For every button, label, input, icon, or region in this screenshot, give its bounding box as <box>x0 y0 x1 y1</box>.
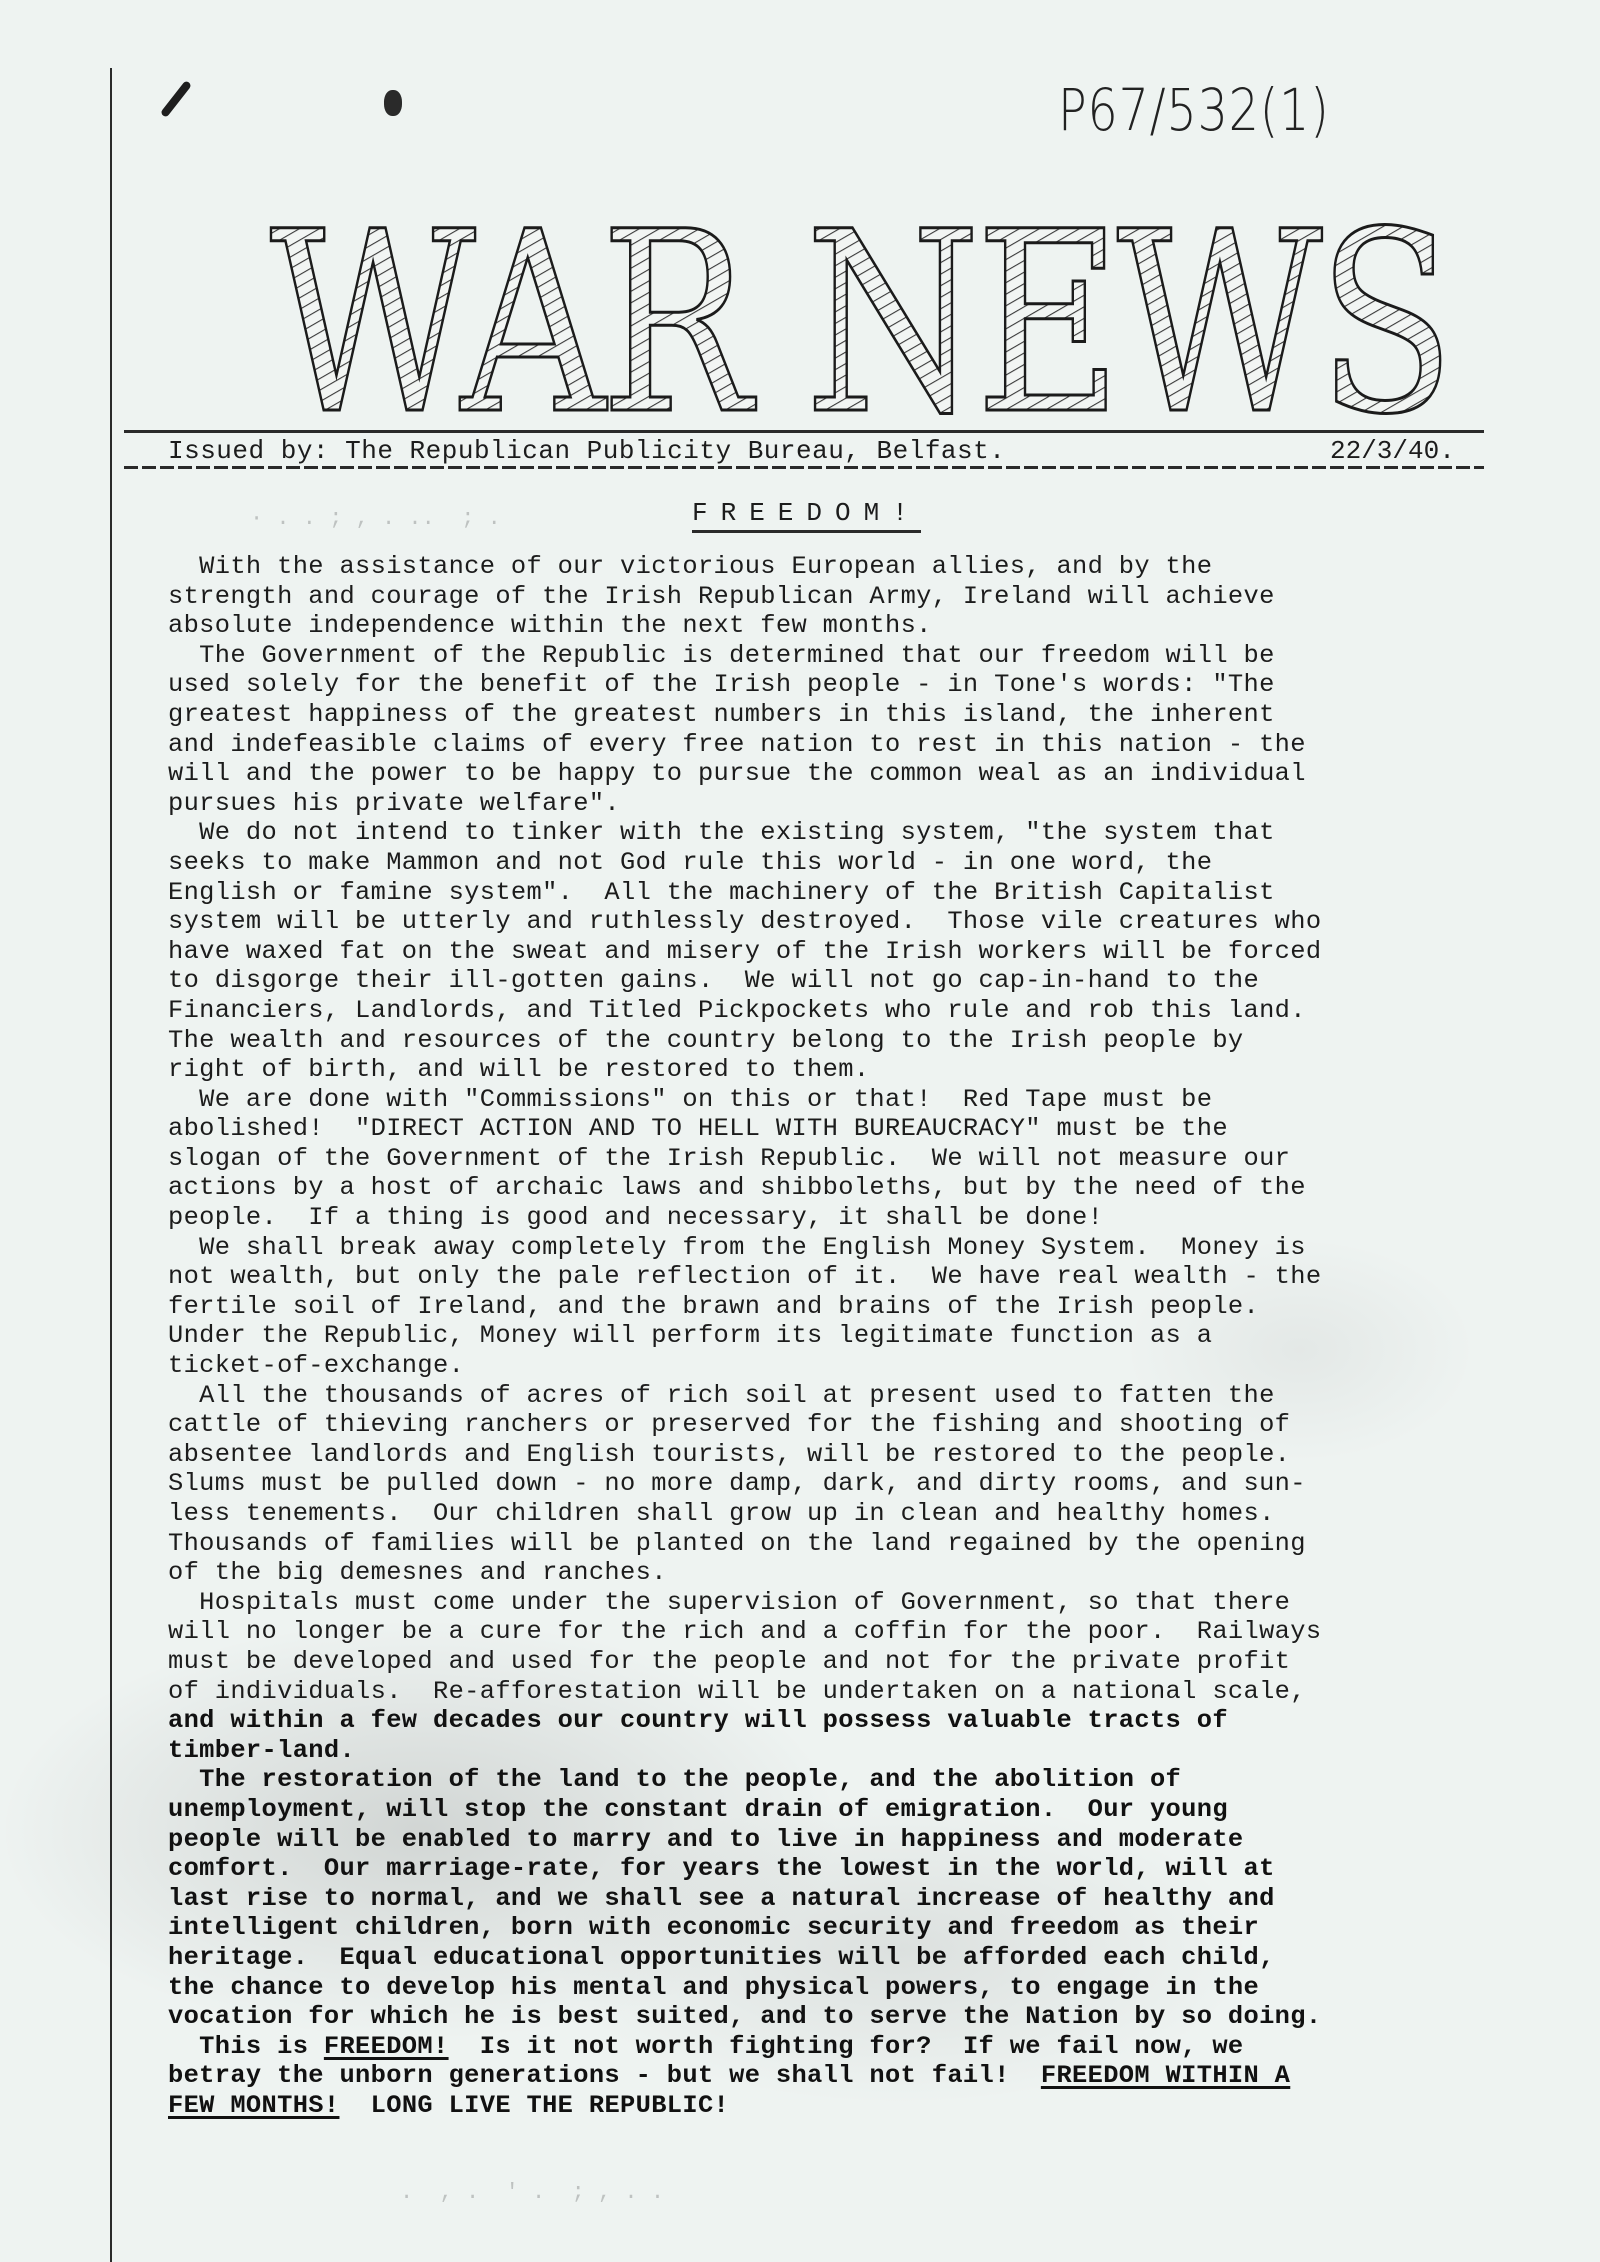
header-rule-top <box>124 430 1484 433</box>
archive-reference: P67/532(1) <box>1058 76 1330 144</box>
masthead-logo: WAR NEWS <box>260 170 1460 430</box>
paragraph-2-line: pursues his private welfare". <box>168 789 1498 819</box>
closing-line: This is FREEDOM! Is it not worth fightin… <box>168 2032 1498 2062</box>
issuer-line: Issued by: The Republican Publicity Bure… <box>168 436 1005 466</box>
issue-date: 22/3/40. <box>1330 436 1455 466</box>
paragraph-7-line: timber-land. <box>168 1736 1498 1766</box>
paragraph-6-line: less tenements. Our children shall grow … <box>168 1499 1498 1529</box>
article-heading: FREEDOM! <box>692 498 921 533</box>
paragraph-3-line: English or famine system". All the machi… <box>168 878 1498 908</box>
paragraph-6-line: Slums must be pulled down - no more damp… <box>168 1469 1498 1499</box>
paragraph-4-line: people. If a thing is good and necessary… <box>168 1203 1498 1233</box>
paragraph-1-line: strength and courage of the Irish Republ… <box>168 582 1498 612</box>
paragraph-3-line: right of birth, and will be restored to … <box>168 1055 1498 1085</box>
paragraph-7-line: Hospitals must come under the supervisio… <box>168 1588 1498 1618</box>
ink-blot <box>384 90 402 116</box>
paragraph-4-line: slogan of the Government of the Irish Re… <box>168 1144 1498 1174</box>
paragraph-6-line: absentee landlords and English tourists,… <box>168 1440 1498 1470</box>
paragraph-3-line: We do not intend to tinker with the exis… <box>168 818 1498 848</box>
paragraph-5-line: We shall break away completely from the … <box>168 1233 1498 1263</box>
paragraph-8-line: vocation for which he is best suited, an… <box>168 2002 1498 2032</box>
paragraph-5-line: fertile soil of Ireland, and the brawn a… <box>168 1292 1498 1322</box>
paragraph-2-line: will and the power to be happy to pursue… <box>168 759 1498 789</box>
underlined-slogan: FREEDOM WITHIN A <box>1041 2061 1290 2090</box>
show-through-text: · . . ; , . .. ; . <box>250 506 501 531</box>
masthead: WAR NEWS <box>260 170 1460 430</box>
paragraph-6-line: cattle of thieving ranchers or preserved… <box>168 1410 1498 1440</box>
paragraph-7-line: will no longer be a cure for the rich an… <box>168 1617 1498 1647</box>
paragraph-8-line: intelligent children, born with economic… <box>168 1913 1498 1943</box>
paragraph-8-line: The restoration of the land to the peopl… <box>168 1765 1498 1795</box>
paragraph-8-line: the chance to develop his mental and phy… <box>168 1973 1498 2003</box>
closing-text: betray the unborn generations - but we s… <box>168 2061 1041 2090</box>
paragraph-3-line: to disgorge their ill-gotten gains. We w… <box>168 966 1498 996</box>
paragraph-4-line: We are done with "Commissions" on this o… <box>168 1085 1498 1115</box>
paragraph-6-line: Thousands of families will be planted on… <box>168 1529 1498 1559</box>
paragraph-3-line: system will be utterly and ruthlessly de… <box>168 907 1498 937</box>
paragraph-8-line: comfort. Our marriage-rate, for years th… <box>168 1854 1498 1884</box>
paragraph-3-line: have waxed fat on the sweat and misery o… <box>168 937 1498 967</box>
article-body: With the assistance of our victorious Eu… <box>168 552 1498 2120</box>
paragraph-3-line: Financiers, Landlords, and Titled Pickpo… <box>168 996 1498 1026</box>
paragraph-7-line: of individuals. Re-afforestation will be… <box>168 1677 1498 1707</box>
paragraph-8-line: heritage. Equal educational opportunitie… <box>168 1943 1498 1973</box>
paragraph-8-line: unemployment, will stop the constant dra… <box>168 1795 1498 1825</box>
paragraph-2-line: used solely for the benefit of the Irish… <box>168 670 1498 700</box>
header-rule-bottom <box>124 466 1484 469</box>
paragraph-6-line: All the thousands of acres of rich soil … <box>168 1381 1498 1411</box>
paragraph-2-line: The Government of the Republic is determ… <box>168 641 1498 671</box>
ink-mark <box>160 80 192 118</box>
paragraph-3-line: seeks to make Mammon and not God rule th… <box>168 848 1498 878</box>
paragraph-6-line: of the big demesnes and ranches. <box>168 1558 1498 1588</box>
paragraph-7-line: must be developed and used for the peopl… <box>168 1647 1498 1677</box>
paragraph-2-line: greatest happiness of the greatest numbe… <box>168 700 1498 730</box>
paragraph-2-line: and indefeasible claims of every free na… <box>168 730 1498 760</box>
paragraph-3-line: The wealth and resources of the country … <box>168 1026 1498 1056</box>
show-through-text: . , . ' . ; , . . <box>400 2180 664 2205</box>
closing-text: Is it not worth fighting for? If we fail… <box>449 2032 1244 2061</box>
paragraph-1-line: With the assistance of our victorious Eu… <box>168 552 1498 582</box>
document-page: P67/532(1) WAR NEWS Issued by: The Repub… <box>0 0 1600 2262</box>
left-margin-rule <box>110 68 112 2262</box>
paragraph-8-line: last rise to normal, and we shall see a … <box>168 1884 1498 1914</box>
underlined-slogan: FREEDOM! <box>324 2032 449 2061</box>
paragraph-5-line: ticket-of-exchange. <box>168 1351 1498 1381</box>
paragraph-1-line: absolute independence within the next fe… <box>168 611 1498 641</box>
closing-line: FEW MONTHS! LONG LIVE THE REPUBLIC! <box>168 2091 1498 2121</box>
closing-line: betray the unborn generations - but we s… <box>168 2061 1498 2091</box>
masthead-title: WAR NEWS <box>270 178 1450 430</box>
closing-text: LONG LIVE THE REPUBLIC! <box>339 2091 729 2120</box>
paragraph-7-line: and within a few decades our country wil… <box>168 1706 1498 1736</box>
underlined-slogan: FEW MONTHS! <box>168 2091 339 2120</box>
paragraph-4-line: actions by a host of archaic laws and sh… <box>168 1173 1498 1203</box>
closing-text: This is <box>168 2032 324 2061</box>
paragraph-4-line: abolished! "DIRECT ACTION AND TO HELL WI… <box>168 1114 1498 1144</box>
paragraph-8-line: people will be enabled to marry and to l… <box>168 1825 1498 1855</box>
paragraph-5-line: not wealth, but only the pale reflection… <box>168 1262 1498 1292</box>
paragraph-5-line: Under the Republic, Money will perform i… <box>168 1321 1498 1351</box>
